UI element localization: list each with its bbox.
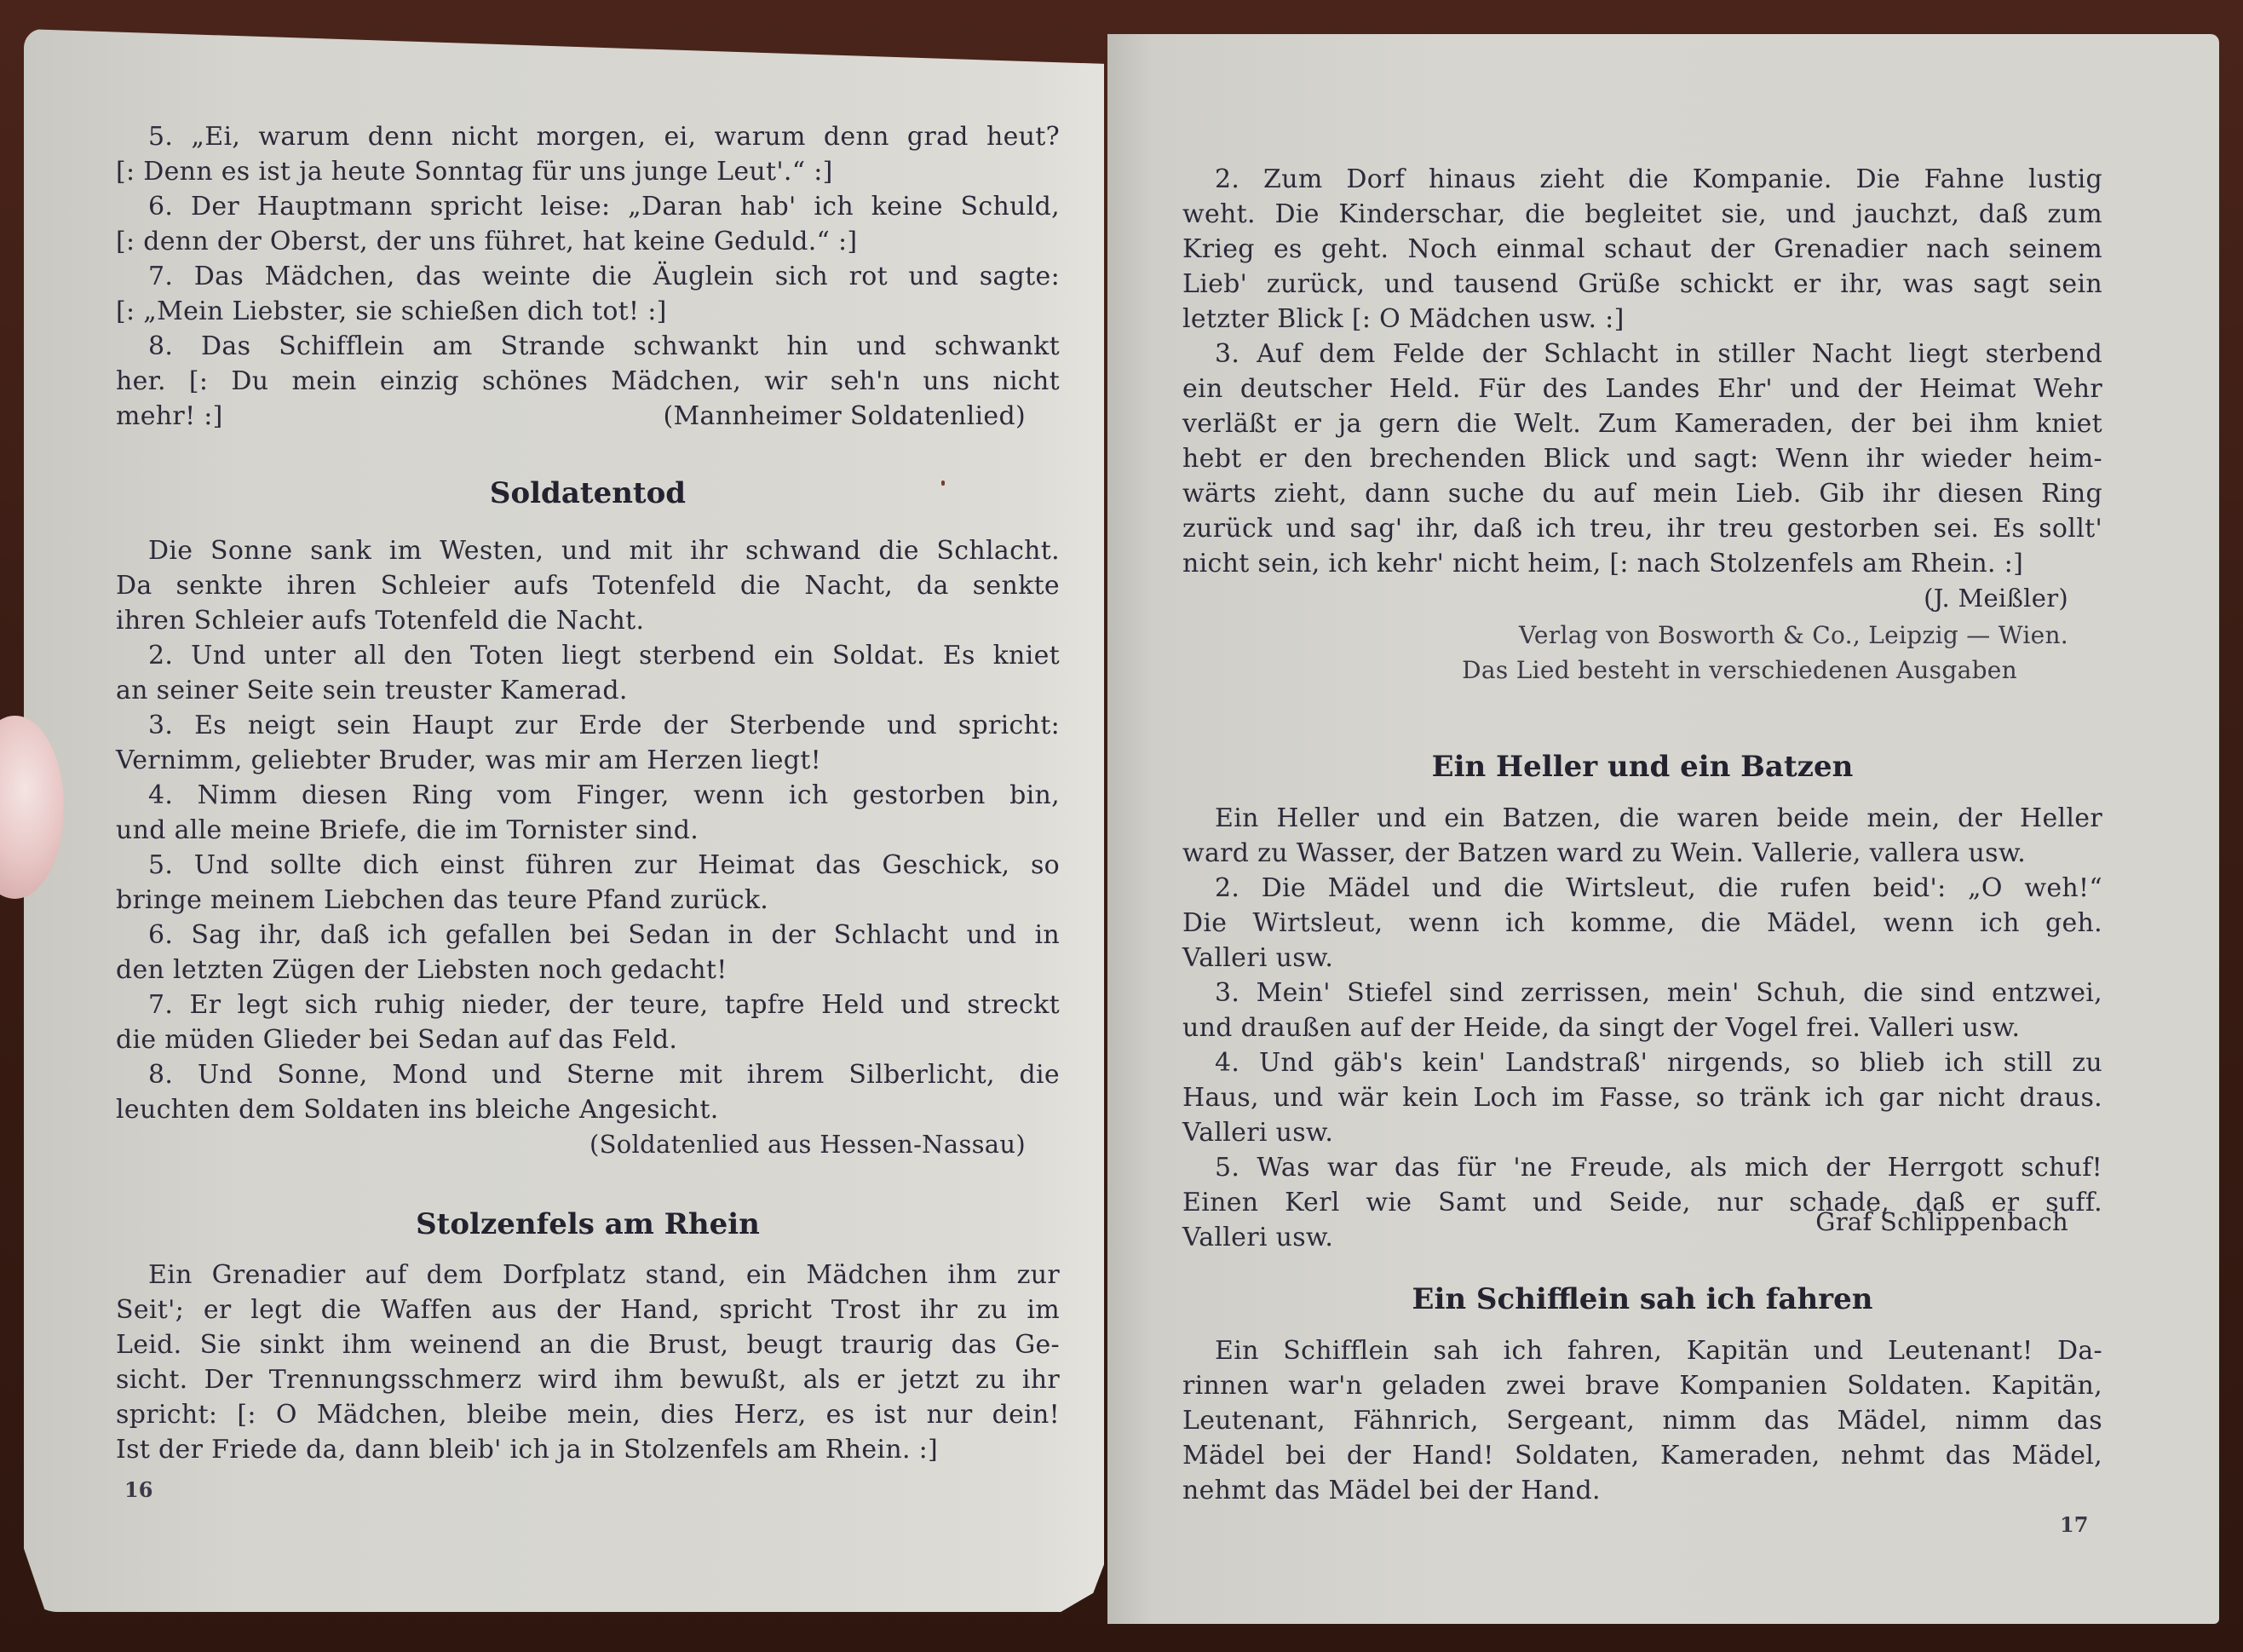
verse-line: Lieb' zurück, und tausend Grüße schickt … — [1182, 267, 2102, 302]
song-verses-schifflein: Ein Schifflein sah ich fahren, Kapitän u… — [1182, 1333, 2102, 1508]
verse-line: Krieg es geht. Noch einmal schaut der Gr… — [1182, 232, 2102, 267]
verse-line: Seit'; er legt die Waffen aus der Hand, … — [116, 1292, 1060, 1327]
verse-line: her. [: Du mein einzig schönes Mädchen, … — [116, 364, 1060, 399]
verse-line: und alle meine Briefe, die im Tornister … — [116, 813, 1060, 848]
verse-line-end: mehr! :] — [116, 401, 223, 431]
verse-line: Ein Grenadier auf dem Dorfplatz stand, e… — [116, 1258, 1060, 1292]
verse-line: und draußen auf der Heide, da singt der … — [1182, 1010, 2102, 1045]
song-verses-heller-batzen: Ein Heller und ein Batzen, die waren bei… — [1182, 801, 2102, 1255]
verse-line: 8. Und Sonne, Mond und Sterne mit ihrem … — [116, 1057, 1060, 1092]
left-page: 5. „Ei, warum denn nicht morgen, ei, war… — [24, 29, 1104, 1612]
verse-line: ihren Schleier aufs Totenfeld die Nacht. — [116, 603, 1060, 638]
verse-line: letzter Blick [: O Mädchen usw. :] — [1182, 302, 2102, 337]
verse-line: zurück und sag' ihr, daß ich treu, ihr t… — [1182, 511, 2102, 546]
verse-line: die müden Glieder bei Sedan auf das Feld… — [116, 1022, 1060, 1057]
publisher-note-editions: Das Lied besteht in verschiedenen Ausgab… — [1182, 653, 2102, 688]
right-page: 2. Zum Dorf hinaus zieht die Kompanie. D… — [1107, 34, 2219, 1624]
verse-line: rinnen war'n geladen zwei brave Kompanie… — [1182, 1368, 2102, 1403]
verse-line: 3. Auf dem Felde der Schlacht in stiller… — [1182, 337, 2102, 371]
verse-line: [: „Mein Liebster, sie schießen dich tot… — [116, 294, 1060, 329]
song-attribution: (J. Meißler) — [1182, 581, 2102, 616]
verse-line: Valleri usw. Graf Schlippenbach — [1182, 1220, 2102, 1255]
verse-line: 7. Er legt sich ruhig nieder, der teure,… — [116, 987, 1060, 1022]
song-attribution: Graf Schlippenbach — [1815, 1205, 2068, 1240]
verse-line: Haus, und wär kein Loch im Fasse, so trä… — [1182, 1080, 2102, 1115]
continued-song-verses: 5. „Ei, warum denn nicht morgen, ei, war… — [116, 119, 1060, 434]
song-attribution: (Soldatenlied aus Hessen-Nassau) — [116, 1127, 1060, 1162]
verse-line: 8. Das Schifflein am Strande schwankt hi… — [116, 329, 1060, 364]
verse-line: wärts zieht, dann suche du auf mein Lieb… — [1182, 476, 2102, 511]
publisher-note: Verlag von Bosworth & Co., Leipzig — Wie… — [1182, 618, 2102, 653]
verse-line: leuchten dem Soldaten ins bleiche Angesi… — [116, 1092, 1060, 1127]
verse-line: Valleri usw. — [1182, 1115, 2102, 1150]
verse-line: Leutenant, Fähnrich, Sergeant, nimm das … — [1182, 1403, 2102, 1438]
verse-line: sicht. Der Trennungsschmerz wird ihm bew… — [116, 1362, 1060, 1397]
song-title-heller-batzen: Ein Heller und ein Batzen — [1182, 750, 2102, 784]
verse-line: 4. Nimm diesen Ring vom Finger, wenn ich… — [116, 778, 1060, 813]
verse-line: verläßt er ja gern die Welt. Zum Kamerad… — [1182, 406, 2102, 441]
song-title-schifflein: Ein Schifflein sah ich fahren — [1182, 1282, 2102, 1316]
verse-line: 7. Das Mädchen, das weinte die Äuglein s… — [116, 259, 1060, 294]
verse-line: Leid. Sie sinkt ihm weinend an die Brust… — [116, 1327, 1060, 1362]
verse-line: Ist der Friede da, dann bleib' ich ja in… — [116, 1432, 1060, 1467]
song-verses-stolzenfels: Ein Grenadier auf dem Dorfplatz stand, e… — [116, 1258, 1060, 1467]
verse-line: Mädel bei der Hand! Soldaten, Kameraden,… — [1182, 1438, 2102, 1473]
song-attribution: (Mannheimer Soldatenlied) — [664, 399, 1026, 434]
verse-line: Ein Schifflein sah ich fahren, Kapitän u… — [1182, 1333, 2102, 1368]
verse-line: 3. Es neigt sein Haupt zur Erde der Ster… — [116, 708, 1060, 743]
verse-line: hebt er den brechenden Blick und sagt: W… — [1182, 441, 2102, 476]
page-number-right: 17 — [2060, 1512, 2088, 1537]
verse-line: an seiner Seite sein treuster Kamerad. — [116, 673, 1060, 708]
verse-line: ward zu Wasser, der Batzen ward zu Wein.… — [1182, 836, 2102, 871]
verse-line: Da senkte ihren Schleier aufs Totenfeld … — [116, 568, 1060, 603]
verse-line: Valleri usw. — [1182, 941, 2102, 976]
verse-line: 6. Sag ihr, daß ich gefallen bei Sedan i… — [116, 918, 1060, 953]
verse-line: ein deutscher Held. Für des Landes Ehr' … — [1182, 371, 2102, 406]
page-number-left: 16 — [124, 1477, 152, 1502]
verse-line: 5. Was war das für 'ne Freude, als mich … — [1182, 1150, 2102, 1185]
verse-line: 6. Der Hauptmann spricht leise: „Daran h… — [116, 189, 1060, 224]
verse-line: Vernimm, geliebter Bruder, was mir am He… — [116, 743, 1060, 778]
verse-line: 3. Mein' Stiefel sind zerrissen, mein' S… — [1182, 976, 2102, 1010]
verse-line: 2. Und unter all den Toten liegt sterben… — [116, 638, 1060, 673]
verse-line: nicht sein, ich kehr' nicht heim, [: nac… — [1182, 546, 2102, 581]
song-title-stolzenfels: Stolzenfels am Rhein — [116, 1207, 1060, 1241]
verse-line: mehr! :] (Mannheimer Soldatenlied) — [116, 399, 1060, 434]
verse-line: bringe meinem Liebchen das teure Pfand z… — [116, 883, 1060, 918]
verse-line: 2. Die Mädel und die Wirtsleut, die rufe… — [1182, 871, 2102, 906]
verse-line: spricht: [: O Mädchen, bleibe mein, dies… — [116, 1397, 1060, 1432]
verse-line: 5. „Ei, warum denn nicht morgen, ei, war… — [116, 119, 1060, 154]
verse-line: nehmt das Mädel bei der Hand. — [1182, 1473, 2102, 1508]
verse-line: weht. Die Kinderschar, die begleitet sie… — [1182, 197, 2102, 232]
song-verses-soldatentod: Die Sonne sank im Westen, und mit ihr sc… — [116, 533, 1060, 1162]
verse-line: [: Denn es ist ja heute Sonntag für uns … — [116, 154, 1060, 189]
verse-line: 5. Und sollte dich einst führen zur Heim… — [116, 848, 1060, 883]
verse-line: den letzten Zügen der Liebsten noch geda… — [116, 953, 1060, 987]
verse-line: Ein Heller und ein Batzen, die waren bei… — [1182, 801, 2102, 836]
verse-line: 2. Zum Dorf hinaus zieht die Kompanie. D… — [1182, 162, 2102, 197]
verse-line: [: denn der Oberst, der uns führet, hat … — [116, 224, 1060, 259]
verse-line: Die Wirtsleut, wenn ich komme, die Mädel… — [1182, 906, 2102, 941]
verse-line: 4. Und gäb's kein' Landstraß' nirgends, … — [1182, 1045, 2102, 1080]
paper-speck — [941, 481, 945, 486]
song-title-soldatentod: Soldatentod — [116, 476, 1060, 510]
verse-line-end: Valleri usw. — [1182, 1223, 1333, 1252]
continued-song-verses: 2. Zum Dorf hinaus zieht die Kompanie. D… — [1182, 162, 2102, 688]
verse-line: Die Sonne sank im Westen, und mit ihr sc… — [116, 533, 1060, 568]
